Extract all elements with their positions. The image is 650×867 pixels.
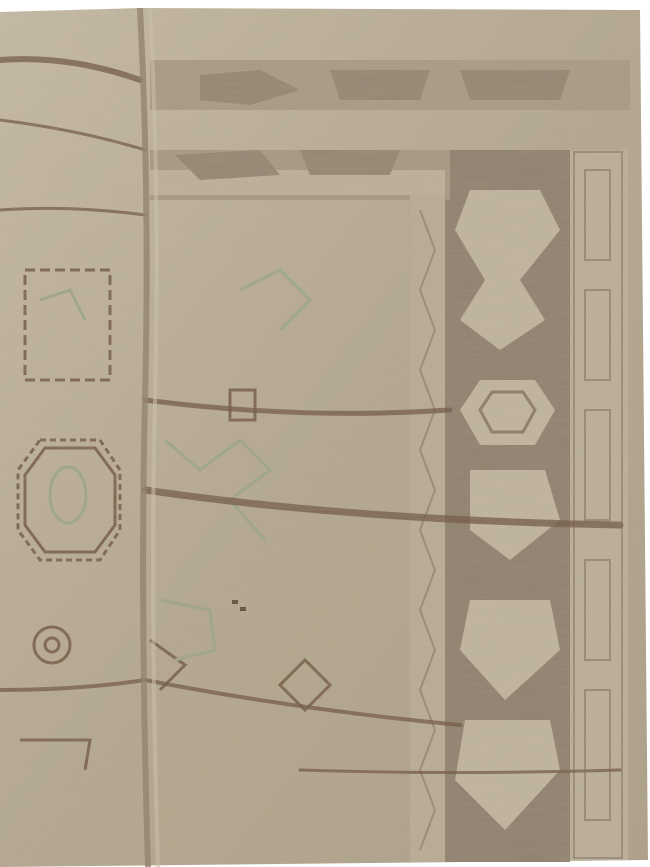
rug-photograph: Close-up photograph of a faded beige woo… bbox=[0, 0, 650, 867]
